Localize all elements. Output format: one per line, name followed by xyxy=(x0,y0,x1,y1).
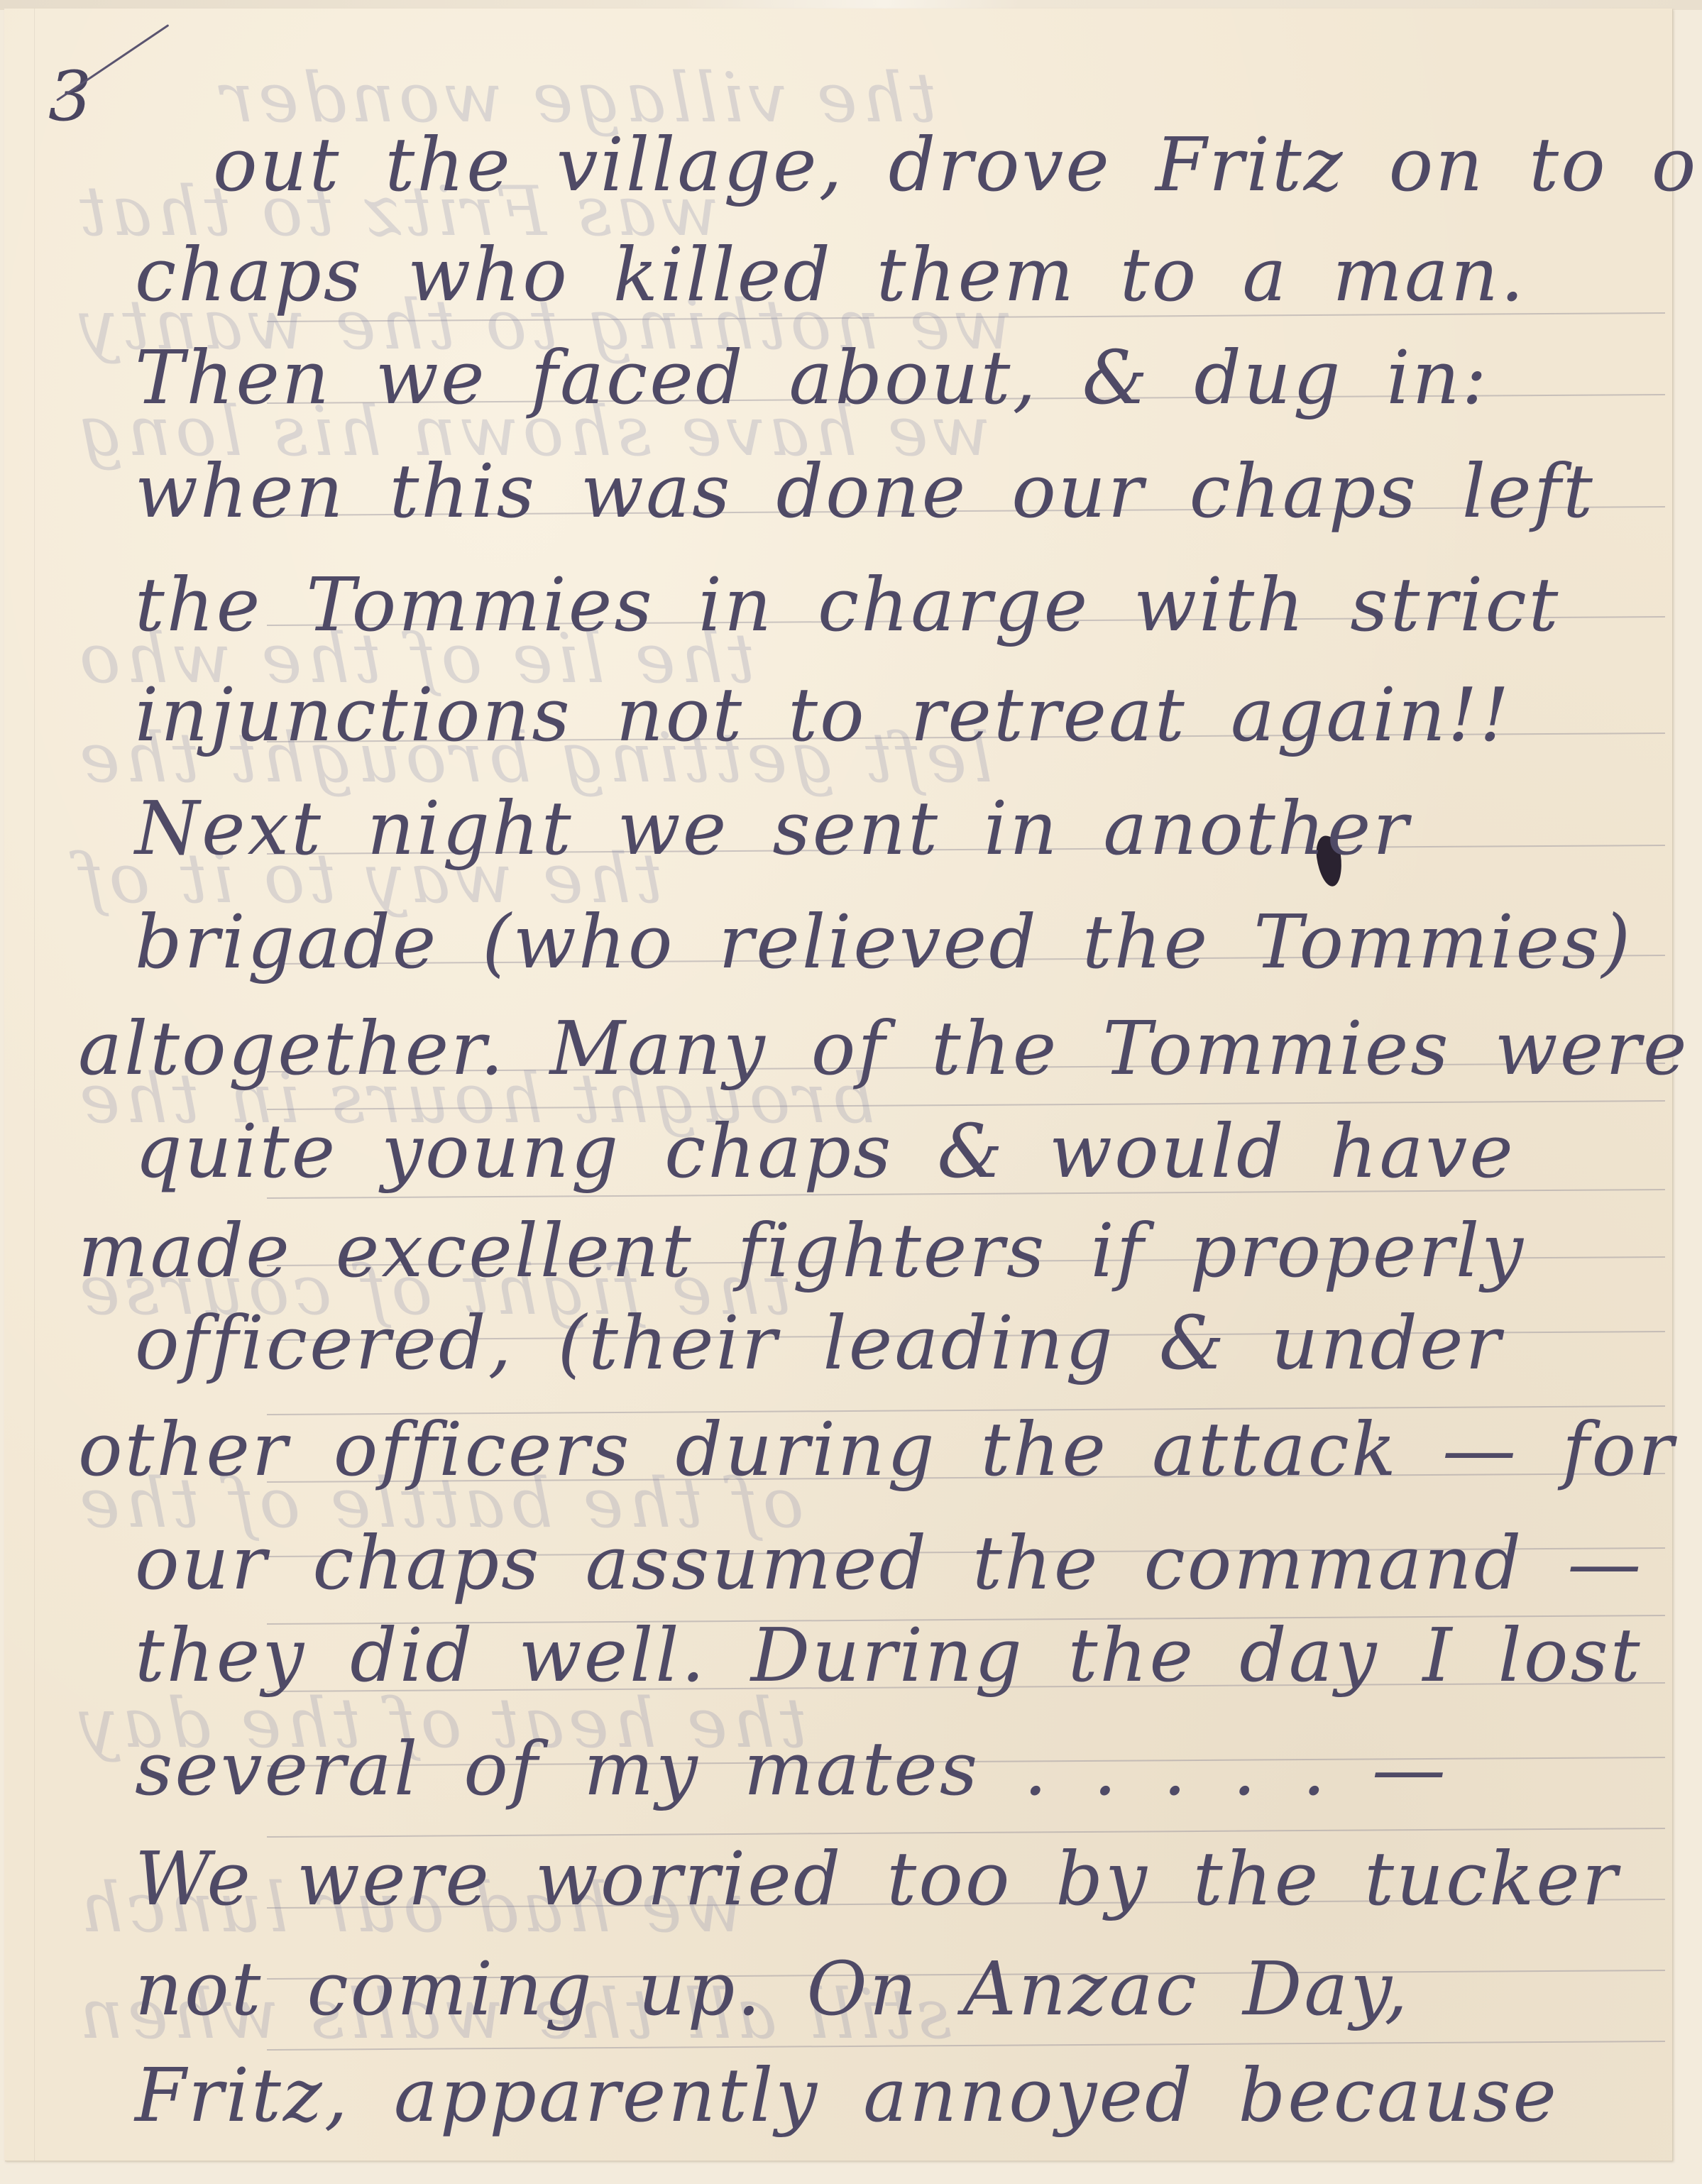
text-line-4: when this was done our chaps left xyxy=(0,454,1702,528)
text-line-14: our chaps assumed the command — xyxy=(0,1526,1702,1600)
ruled-line xyxy=(267,2041,1665,2051)
text-line-12: officered, (their leading & under xyxy=(0,1306,1702,1380)
text-line-3: Then we faced about, & dug in: xyxy=(0,341,1702,415)
text-line-15: they did well. During the day I lost xyxy=(0,1618,1702,1692)
text-line-7: Next night we sent in another xyxy=(0,791,1702,865)
text-line-18: not coming up. On Anzac Day, xyxy=(0,1952,1702,2026)
text-line-11: made excellent fighters if properly xyxy=(0,1214,1702,1288)
text-line-13: other officers during the attack — for xyxy=(0,1412,1702,1486)
text-line-10: quite young chaps & would have xyxy=(0,1114,1702,1188)
text-line-19: Fritz, apparently annoyed because xyxy=(0,2058,1702,2132)
page-number: 3 xyxy=(48,57,92,136)
text-line-17: We were worried too by the tucker xyxy=(0,1842,1702,1916)
text-line-6: injunctions not to retreat again!! xyxy=(0,678,1702,752)
text-line-2: chaps who killed them to a man. xyxy=(0,238,1702,312)
text-line-8: brigade (who relieved the Tommies) xyxy=(0,905,1702,979)
text-line-1: out the village, drove Fritz on to our xyxy=(0,128,1702,202)
text-line-16: several of my mates . . . . . — xyxy=(0,1732,1702,1806)
text-line-5: the Tommies in charge with strict xyxy=(0,568,1702,642)
text-line-9: altogether. Many of the Tommies were xyxy=(0,1011,1702,1085)
